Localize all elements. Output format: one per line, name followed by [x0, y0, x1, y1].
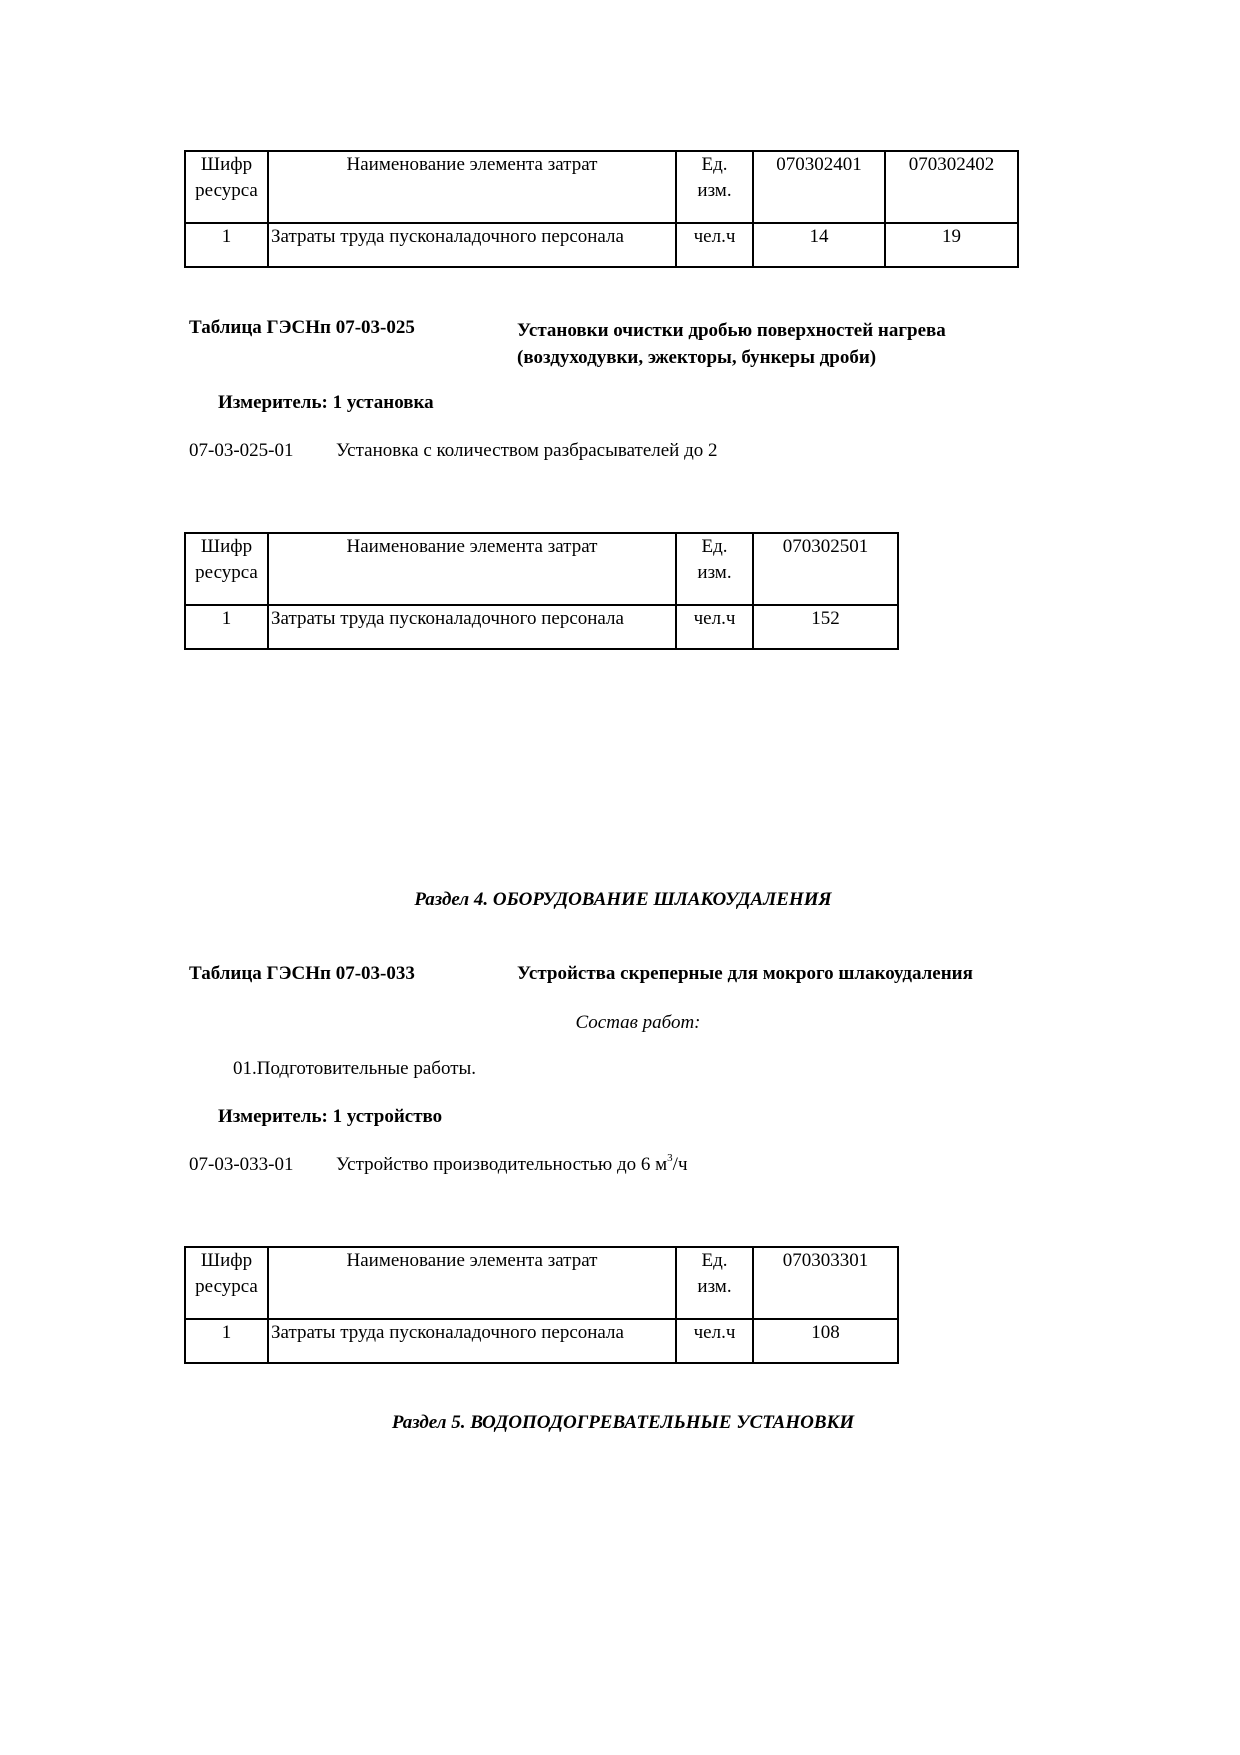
- header-norm-code: 070302501: [753, 533, 898, 605]
- cell-resource-code: 1: [185, 1319, 268, 1363]
- header-norm-code: 070302401: [753, 151, 885, 223]
- norm-item-code: 07-03-025-01: [189, 440, 293, 462]
- header-unit: Ед.изм.: [676, 1247, 753, 1319]
- cell-value: 14: [753, 223, 885, 267]
- cell-value: 108: [753, 1319, 898, 1363]
- measure-label: Измеритель: 1 устройство: [218, 1106, 442, 1128]
- norm-item-name: Установка с количеством разбрасывателей …: [336, 440, 718, 462]
- resource-table-070302: ШифрресурсаНаименование элемента затратЕ…: [184, 150, 1019, 268]
- norm-item-name-text: Устройство производительностью до 6 м: [336, 1154, 667, 1175]
- header-cost-element-name: Наименование элемента затрат: [268, 151, 676, 223]
- table-row: 1Затраты труда пусконаладочного персонал…: [185, 223, 1018, 267]
- cell-value: 152: [753, 605, 898, 649]
- table-row: 1Затраты труда пусконаладочного персонал…: [185, 605, 898, 649]
- cell-unit: чел.ч: [676, 605, 753, 649]
- cell-value: 19: [885, 223, 1018, 267]
- cell-unit: чел.ч: [676, 223, 753, 267]
- header-resource-code: Шифрресурса: [185, 151, 268, 223]
- table-label-07-03-025: Таблица ГЭСНп 07-03-025: [189, 317, 415, 339]
- cell-resource-code: 1: [185, 605, 268, 649]
- header-unit: Ед.изм.: [676, 151, 753, 223]
- norm-item-name: Устройство производительностью до 6 м3/ч: [336, 1154, 688, 1176]
- norm-item-code: 07-03-033-01: [189, 1154, 293, 1176]
- table-header-row: ШифрресурсаНаименование элемента затратЕ…: [185, 151, 1018, 223]
- cell-cost-element-name: Затраты труда пусконаладочного персонала: [268, 223, 676, 267]
- measure-label: Измеритель: 1 установка: [218, 392, 434, 414]
- cell-cost-element-name: Затраты труда пусконаладочного персонала: [268, 1319, 676, 1363]
- table-title-07-03-033: Устройства скреперные для мокрого шлакоу…: [517, 963, 973, 985]
- superscript: 3: [667, 1152, 673, 1164]
- table-header-row: ШифрресурсаНаименование элемента затратЕ…: [185, 533, 898, 605]
- section-5-heading: Раздел 5. ВОДОПОДОГРЕВАТЕЛЬНЫЕ УСТАНОВКИ: [0, 1412, 1240, 1434]
- cell-resource-code: 1: [185, 223, 268, 267]
- norm-item-name-suffix: /ч: [673, 1154, 688, 1175]
- header-cost-element-name: Наименование элемента затрат: [268, 1247, 676, 1319]
- header-unit: Ед.изм.: [676, 533, 753, 605]
- table-title-line-2: (воздуходувки, эжекторы, бункеры дроби): [517, 344, 946, 371]
- table-title-line-1: Установки очистки дробью поверхностей на…: [517, 317, 946, 344]
- header-resource-code: Шифрресурса: [185, 533, 268, 605]
- work-item: 01.Подготовительные работы.: [233, 1058, 476, 1080]
- section-4-heading: Раздел 4. ОБОРУДОВАНИЕ ШЛАКОУДАЛЕНИЯ: [0, 889, 1240, 911]
- table-label-07-03-033: Таблица ГЭСНп 07-03-033: [189, 963, 415, 985]
- resource-table-0703033: ШифрресурсаНаименование элемента затратЕ…: [184, 1246, 899, 1364]
- table-title-07-03-025: Установки очистки дробью поверхностей на…: [517, 317, 946, 371]
- resource-table-0703025: ШифрресурсаНаименование элемента затратЕ…: [184, 532, 899, 650]
- table-row: 1Затраты труда пусконаладочного персонал…: [185, 1319, 898, 1363]
- header-norm-code: 070302402: [885, 151, 1018, 223]
- cell-cost-element-name: Затраты труда пусконаладочного персонала: [268, 605, 676, 649]
- table-header-row: ШифрресурсаНаименование элемента затратЕ…: [185, 1247, 898, 1319]
- header-resource-code: Шифрресурса: [185, 1247, 268, 1319]
- cell-unit: чел.ч: [676, 1319, 753, 1363]
- header-cost-element-name: Наименование элемента затрат: [268, 533, 676, 605]
- work-composition-label: Состав работ:: [0, 1012, 1240, 1034]
- header-norm-code: 070303301: [753, 1247, 898, 1319]
